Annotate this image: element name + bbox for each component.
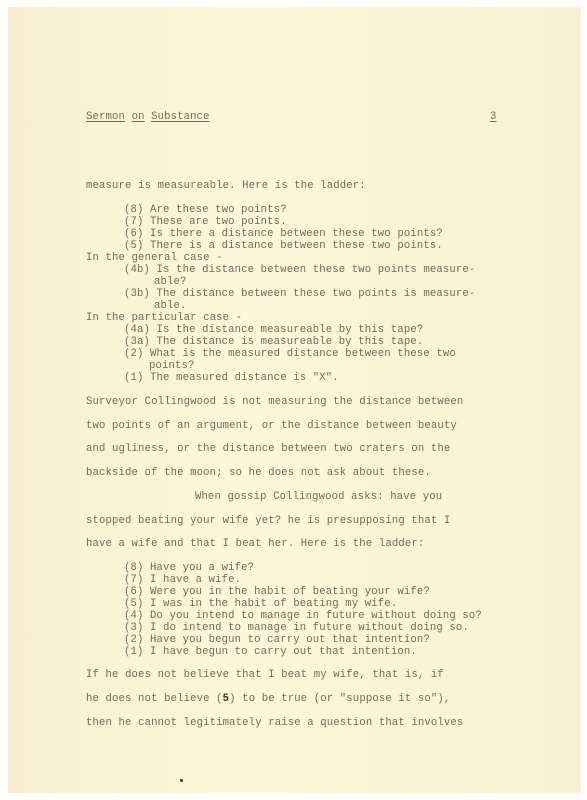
paragraph-line: two points of an argument, or the distan…: [86, 420, 457, 432]
ladder1-item: (6) Is there a distance between these tw…: [124, 228, 443, 240]
paragraph-line: have a wife and that I beat her. Here is…: [86, 538, 424, 550]
general-case-heading: In the general case -: [86, 252, 223, 264]
ladder2-item: (7) I have a wife.: [124, 574, 241, 586]
ladder1-item: (5) There is a distance between these tw…: [124, 240, 443, 252]
particular-case-item: (3a) The distance is measureable by this…: [124, 336, 423, 348]
paragraph-line: stopped beating your wife yet? he is pre…: [86, 515, 450, 527]
paragraph-line: and ugliness, or the distance between tw…: [86, 443, 450, 455]
ladder2-item: (4) Do you intend to manage in future wi…: [124, 610, 482, 622]
header-word: on: [132, 111, 145, 123]
particular-case-heading: In the particular case -: [86, 312, 242, 324]
ladder2-item: (1) I have begun to carry out that inten…: [124, 646, 417, 658]
ladder1-item: (7) These are two points.: [124, 216, 287, 228]
particular-case-item: (2) What is the measured distance betwee…: [124, 348, 456, 360]
particular-case-item-cont: points?: [149, 360, 195, 372]
paragraph-line: then he cannot legitimately raise a ques…: [86, 717, 463, 729]
particular-case-item: (4a) Is the distance measureable by this…: [124, 324, 423, 336]
ladder2-item: (5) I was in the habit of beating my wif…: [124, 598, 397, 610]
paragraph-line: If he does not believe that I beat my wi…: [86, 669, 444, 681]
ladder1-item: (8) Are these two points?: [124, 204, 287, 216]
paragraph-line: When gossip Collingwood asks: have you: [195, 491, 442, 503]
general-case-item-cont: able.: [154, 300, 187, 312]
ladder2-item: (3) I do intend to manage in future with…: [124, 622, 469, 634]
ladder2-item: (6) Were you in the habit of beating you…: [124, 586, 430, 598]
intro-line: measure is measureable. Here is the ladd…: [86, 180, 366, 192]
running-header: Sermon on Substance: [86, 111, 210, 123]
paragraph-line: Surveyor Collingwood is not measuring th…: [86, 396, 463, 408]
paragraph-line: backside of the moon; so he does not ask…: [86, 467, 431, 479]
ladder2-item: (8) Have you a wife?: [124, 562, 254, 574]
ink-speck: [180, 779, 183, 782]
page-number: 3: [490, 111, 497, 123]
document-page: Sermon on Substance 3 measure is measure…: [8, 7, 581, 793]
general-case-item: (3b) The distance between these two poin…: [124, 288, 475, 300]
ladder2-item: (2) Have you begun to carry out that int…: [124, 634, 430, 646]
header-word: Substance: [151, 111, 210, 123]
general-case-item-cont: able?: [154, 276, 187, 288]
header-word: Sermon: [86, 111, 125, 123]
paragraph-line: he does not believe (5) to be true (or "…: [86, 693, 450, 705]
particular-case-item: (1) The measured distance is "X".: [124, 372, 339, 384]
general-case-item: (4b) Is the distance between these two p…: [124, 264, 475, 276]
